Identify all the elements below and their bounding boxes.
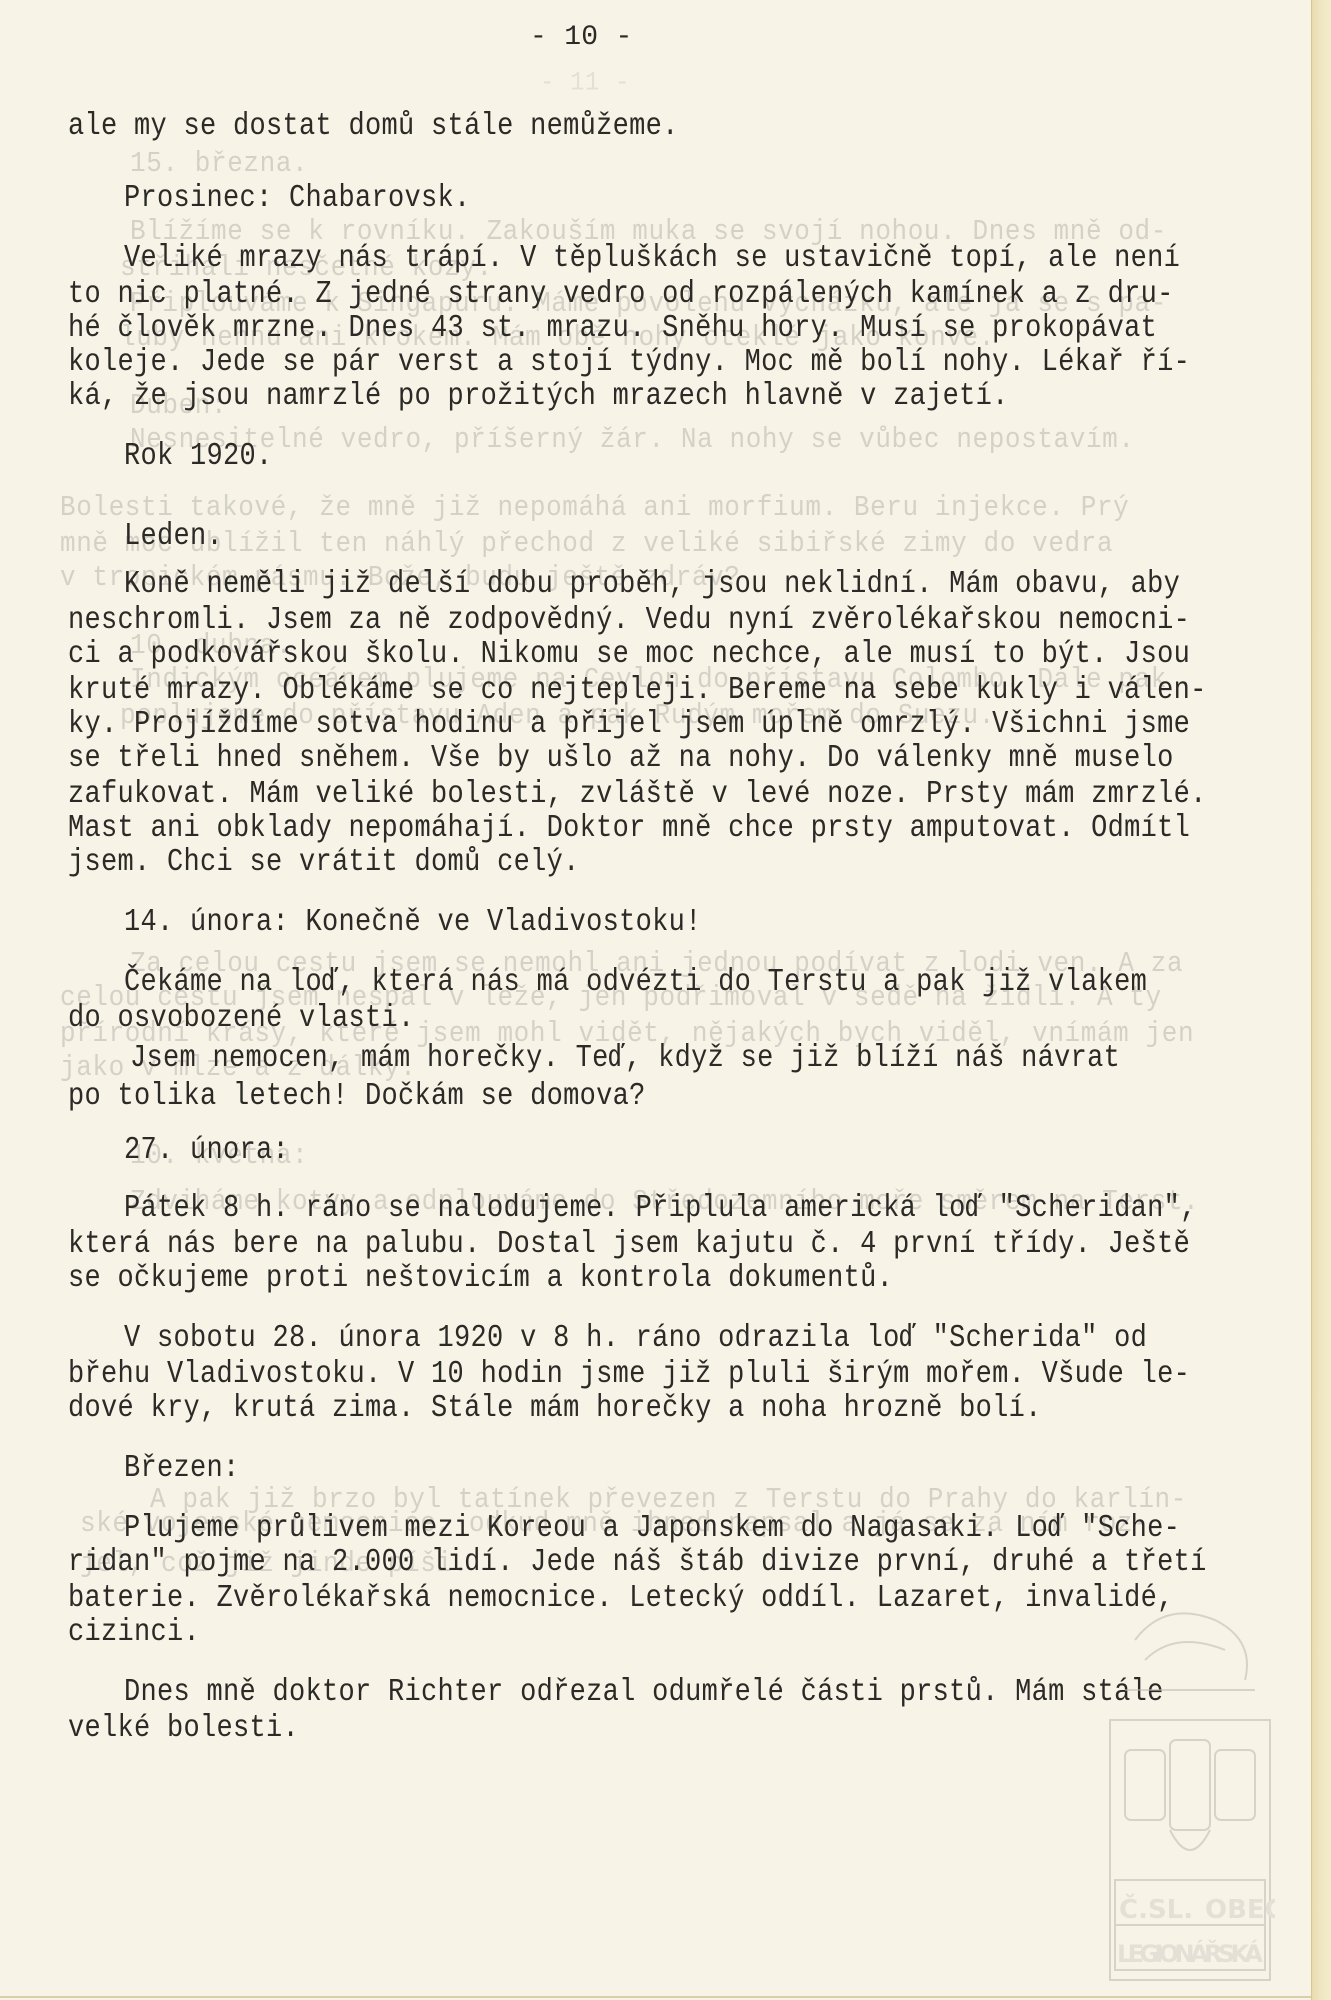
text-line: Čekáme na loď, která nás má odvézti do T… xyxy=(124,966,1147,1001)
section-heading: Březen: xyxy=(124,1452,240,1487)
text-line: velké bolesti. xyxy=(68,1712,299,1747)
text-line: Koně neměli již delší dobu proběh, jsou … xyxy=(124,568,1180,603)
section-heading: 27. února: xyxy=(124,1134,289,1169)
text-line: baterie. Zvěrolékařská nemocnice. Leteck… xyxy=(68,1582,1174,1617)
text-line: to nic platné. Z jedné strany vedro od r… xyxy=(68,278,1174,313)
text-line: ci a podkovářskou školu. Nikomu se moc n… xyxy=(68,638,1190,673)
text-line: ky. Projíždíme sotva hodinu a přijel jse… xyxy=(68,708,1190,743)
text-line: V sobotu 28. února 1920 v 8 h. ráno odra… xyxy=(124,1322,1147,1357)
text-line: koleje. Jede se pár verst a stojí týdny.… xyxy=(68,346,1190,381)
section-heading: 14. února: Konečně ve Vladivostoku! xyxy=(124,906,702,941)
text-line: jsem. Chci se vrátit domů celý. xyxy=(68,846,580,881)
text-line: neschromli. Jsem za ně zodpovědný. Vedu … xyxy=(68,604,1190,639)
svg-text:Č.SL.: Č.SL. xyxy=(1119,1893,1193,1925)
text-line: se třeli hned sněhem. Vše by ušlo až na … xyxy=(68,742,1174,777)
section-heading: Prosinec: Chabarovsk. xyxy=(124,182,471,217)
text-line: se očkujeme proti neštovicím a kontrola … xyxy=(68,1262,893,1297)
text-line: Pátek 8 h. ráno se nalodujeme. Připlula … xyxy=(124,1192,1197,1227)
text-line: Plujeme průlivem mezi Koreou a Japonskem… xyxy=(124,1512,1180,1547)
text-line: Veliké mrazy nás trápí. V těpluškách se … xyxy=(124,242,1180,277)
text-line: břehu Vladivostoku. V 10 hodin jsme již … xyxy=(68,1358,1190,1393)
text-line: cizinci. xyxy=(68,1616,200,1651)
page-edge xyxy=(1311,0,1331,2000)
text-line: ale my se dostat domů stále nemůžeme. xyxy=(68,110,679,145)
text-line: po tolika letech! Dočkám se domova? xyxy=(68,1080,646,1115)
text-line: hé člověk mrzne. Dnes 43 st. mrazu. Sněh… xyxy=(68,312,1157,347)
text-line: ká, že jsou namrzlé po prožitých mrazech… xyxy=(68,380,1009,415)
legion-watermark-stamp-icon: Č.SL. OBEC LEGIONÁŘSKÁ xyxy=(1105,1600,1275,1985)
text-line: která nás bere na palubu. Dostal jsem ka… xyxy=(68,1228,1190,1263)
section-heading: Rok 1920. xyxy=(124,440,273,475)
text-line: Jsem nemocen, mám horečky. Teď, když se … xyxy=(130,1042,1120,1077)
text-line: do osvobozené vlasti. xyxy=(68,1002,415,1037)
text-line: Dnes mně doktor Richter odřezal odumřelé… xyxy=(124,1676,1164,1711)
text-line: ridan" pojme na 2.000 lidí. Jede náš štá… xyxy=(68,1546,1207,1581)
page-number: - 10 - xyxy=(530,22,633,53)
text-line: dové kry, krutá zima. Stále mám horečky … xyxy=(68,1392,1042,1427)
text-line: zafukovat. Mám veliké bolesti, zvláště v… xyxy=(68,778,1207,813)
section-heading: Leden. xyxy=(124,520,223,555)
svg-text:LEGIONÁŘSKÁ: LEGIONÁŘSKÁ xyxy=(1117,1939,1263,1968)
text-line: kruté mrazy. Oblékáme se co nejtepleji. … xyxy=(68,674,1207,709)
svg-text:OBEC: OBEC xyxy=(1205,1895,1275,1925)
text-line: Mast ani obklady nepomáhají. Doktor mně … xyxy=(68,812,1190,847)
